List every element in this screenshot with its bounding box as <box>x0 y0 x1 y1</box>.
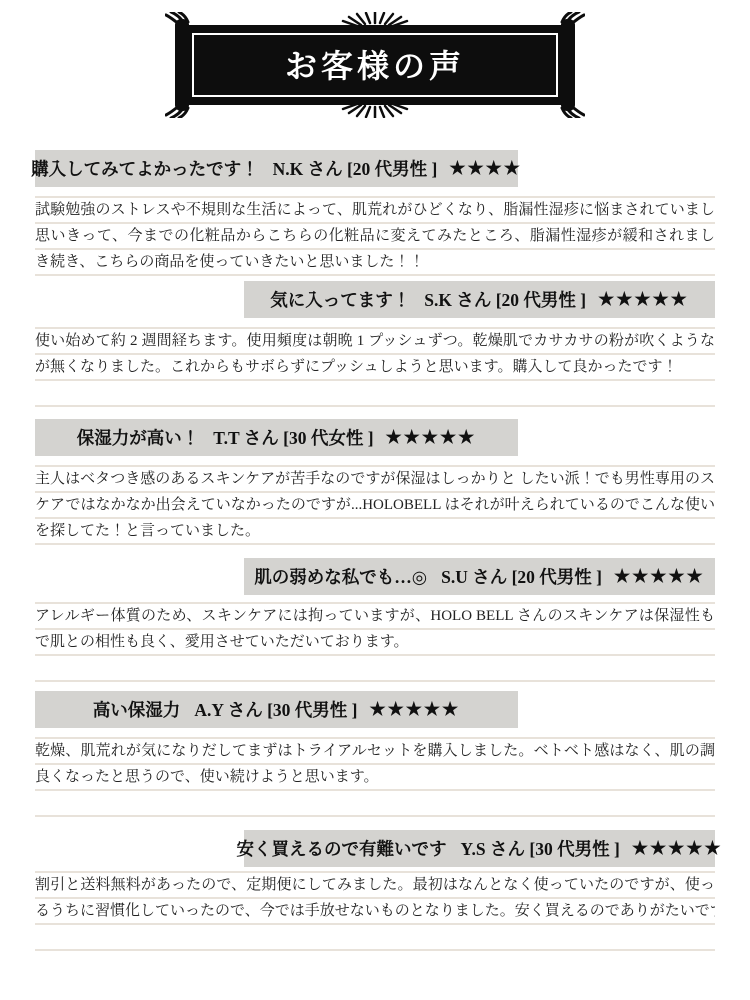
review-text-line: が無くなりました。これからもサボらずにプッシュしようと思います。購入して良かった… <box>35 355 715 381</box>
banner-top-burst <box>343 12 407 26</box>
review-text-line-empty <box>35 925 715 951</box>
star-rating: ★★★★★ <box>598 289 689 310</box>
review-text-line: 使い始めて約 2 週間経ちます。使用頻度は朝晩 1 プッシュずつ。乾燥肌でカサカ… <box>35 329 715 355</box>
banner-ornament: お客様の声 <box>165 12 585 118</box>
review-header-6: 安く買えるので有難いです Y.S さん [30 代男性 ] ★★★★★ <box>244 830 715 867</box>
review-header-4: 肌の弱めな私でも…◎ S.U さん [20 代男性 ] ★★★★★ <box>244 558 715 595</box>
customer-voices-page: お客様の声 購入してみてよかったです！ N.K さん [20 代男性 ] ★★★… <box>0 0 750 1000</box>
review-text-6: 割引と送料無料があったので、定期便にしてみました。最初はなんとなく使っていたので… <box>35 871 715 951</box>
reviewer-info: S.K さん [20 代男性 ] <box>424 287 586 312</box>
review-text-line: き続き、こちらの商品を使っていきたいと思いました！！ <box>35 250 715 276</box>
review-text-line: 試験勉強のストレスや不規則な生活によって、肌荒れがひどくなり、脂漏性湿疹に悩まさ… <box>35 198 715 224</box>
review-title: 安く買えるので有難いです <box>237 836 447 861</box>
reviewer-info: Y.S さん [30 代男性 ] <box>461 836 620 861</box>
reviewer-info: N.K さん [20 代男性 ] <box>273 156 438 181</box>
review-text-line: 思いきって、今までの化粧品からこちらの化粧品に変えてみたところ、脂漏性湿疹が緩和… <box>35 224 715 250</box>
star-rating: ★★★★★ <box>369 699 460 720</box>
review-title: 高い保湿力 <box>93 697 181 722</box>
review-text-line-empty <box>35 381 715 407</box>
review-text-line: を探してた！と言っていました。 <box>35 519 715 545</box>
banner-bottom-burst <box>343 104 407 118</box>
reviewer-info: T.T さん [30 代女性 ] <box>213 425 373 450</box>
review-header-2: 気に入ってます！ S.K さん [20 代男性 ] ★★★★★ <box>244 281 715 318</box>
review-title: 購入してみてよかったです！ <box>31 156 259 181</box>
review-text-line: アレルギー体質のため、スキンケアには拘っていますが、HOLO BELL さんのス… <box>35 604 715 630</box>
banner-right-cap <box>561 19 575 111</box>
review-header-5: 高い保湿力 A.Y さん [30 代男性 ] ★★★★★ <box>35 691 518 728</box>
review-title: 肌の弱めな私でも…◎ <box>254 564 427 589</box>
review-text-line: 主人はベタつき感のあるスキンケアが苦手なのですが保湿はしっかりと したい派！でも… <box>35 467 715 493</box>
review-text-line: るうちに習慣化していったので、今では手放せないものとなりました。安く買えるのであ… <box>35 899 715 925</box>
review-header-3: 保湿力が高い！ T.T さん [30 代女性 ] ★★★★★ <box>35 419 518 456</box>
reviewer-info: A.Y さん [30 代男性 ] <box>194 697 357 722</box>
review-text-line-empty <box>35 656 715 682</box>
banner-title: お客様の声 <box>285 48 465 84</box>
review-title: 保湿力が高い！ <box>77 425 200 450</box>
review-text-line: ケアではなかなか出会えていなかったのですが...HOLOBELL はそれが叶えら… <box>35 493 715 519</box>
review-text-line: 良くなったと思うので、使い続けようと思います。 <box>35 765 715 791</box>
star-rating: ★★★★★ <box>386 427 477 448</box>
review-text-line: で肌との相性も良く、愛用させていただいております。 <box>35 630 715 656</box>
star-rating: ★★★★ <box>449 158 522 179</box>
review-text-line: 乾燥、肌荒れが気になりだしてまずはトライアルセットを購入しました。ベトベト感はな… <box>35 739 715 765</box>
review-text-4: アレルギー体質のため、スキンケアには拘っていますが、HOLO BELL さんのス… <box>35 602 715 682</box>
review-text-line-empty <box>35 791 715 817</box>
review-text-3: 主人はベタつき感のあるスキンケアが苦手なのですが保湿はしっかりと したい派！でも… <box>35 465 715 545</box>
star-rating: ★★★★★ <box>614 566 705 587</box>
reviewer-info: S.U さん [20 代男性 ] <box>441 564 602 589</box>
banner-left-cap <box>175 19 189 111</box>
star-rating: ★★★★★ <box>632 838 723 859</box>
review-text-line: 割引と送料無料があったので、定期便にしてみました。最初はなんとなく使っていたので… <box>35 873 715 899</box>
review-header-1: 購入してみてよかったです！ N.K さん [20 代男性 ] ★★★★ <box>35 150 518 187</box>
review-text-1: 試験勉強のストレスや不規則な生活によって、肌荒れがひどくなり、脂漏性湿疹に悩まさ… <box>35 196 715 276</box>
customer-voices-banner: お客様の声 <box>165 12 585 118</box>
review-title: 気に入ってます！ <box>270 287 410 312</box>
review-text-2: 使い始めて約 2 週間経ちます。使用頻度は朝晩 1 プッシュずつ。乾燥肌でカサカ… <box>35 327 715 407</box>
review-text-5: 乾燥、肌荒れが気になりだしてまずはトライアルセットを購入しました。ベトベト感はな… <box>35 737 715 817</box>
